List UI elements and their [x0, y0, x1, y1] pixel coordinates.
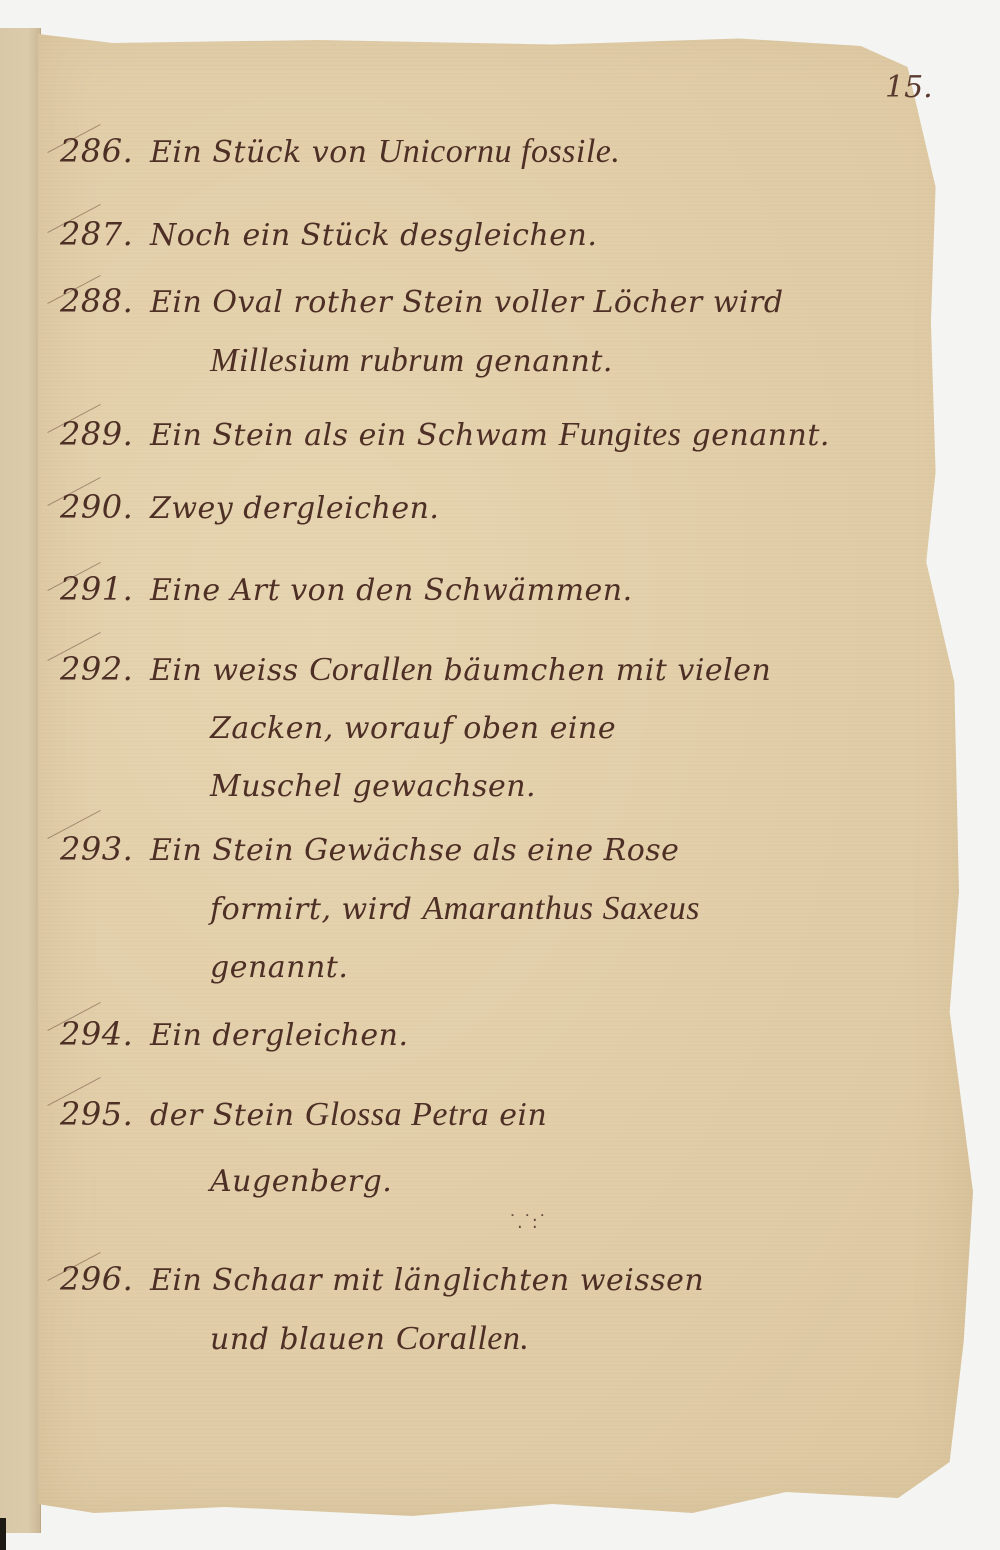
- entry-293: 293.Ein Stein Gewächse als eine Rose for…: [60, 820, 700, 997]
- entry-294: 294.Ein dergleichen.: [60, 1005, 409, 1065]
- entry-296: 296.Ein Schaar mit länglichten weissen u…: [60, 1250, 704, 1369]
- entry-290: 290.Zwey dergleichen.: [60, 478, 439, 538]
- page-number: 15.: [885, 70, 933, 105]
- manuscript-scan: 15. 286.Ein Stück von Unicornu fossile. …: [0, 0, 1000, 1550]
- binding-shadow: [0, 1518, 6, 1550]
- ink-specks: ˙.˙:˙: [508, 1212, 547, 1233]
- entry-287: 287.Noch ein Stück desgleichen.: [60, 205, 597, 265]
- binding-strip: [0, 28, 41, 1533]
- entry-292: 292.Ein weiss Corallen bäumchen mit viel…: [60, 640, 771, 816]
- entry-289: 289.Ein Stein als ein Schwam Fungites ge…: [60, 405, 830, 465]
- entry-286: 286.Ein Stück von Unicornu fossile.: [60, 122, 620, 182]
- entry-295: 295.der Stein Glossa Petra ein Augenberg…: [60, 1085, 547, 1211]
- entry-291: 291.Eine Art von den Schwämmen.: [60, 560, 633, 620]
- entry-288: 288.Ein Oval rother Stein voller Löcher …: [60, 272, 784, 391]
